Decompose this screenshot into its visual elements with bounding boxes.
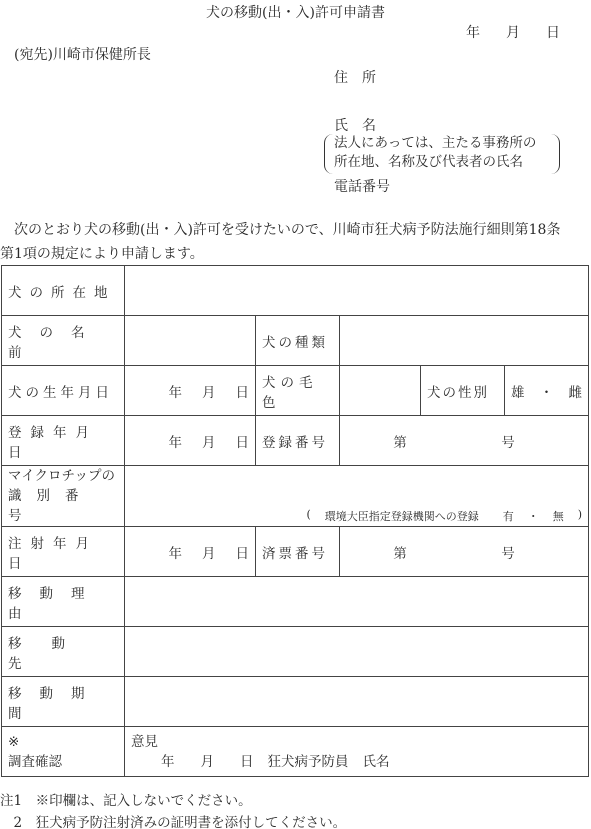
row-move-period: 移動期間 [2,677,589,727]
label-injection-date: 注射年月日 [2,527,125,577]
corporate-note-line2: 所在地、名称及び代表者の氏名 [334,153,536,172]
corporate-note-line1: 法人にあっては、主たる事務所の [334,134,536,153]
label-dog-breed: 犬の種類 [256,316,340,366]
document-title: 犬の移動(出・入)許可申請書 [0,2,591,22]
date-month: 月 [506,22,546,42]
check-mark: ※ [8,732,118,752]
month: 月 [202,542,216,562]
addressee: (宛先)川崎市保健所長 [14,44,151,64]
row-injection: 注射年月日 年月日 済票番号 第号 [2,527,589,577]
field-registration-number[interactable]: 第号 [340,416,589,466]
label-registration-date: 登録年月日 [2,416,125,466]
day: 日 [236,542,250,562]
row-dog-birthdate: 犬の生年月日 年月日 犬の毛色 犬の性別 雄・雌 [2,366,589,416]
row-dog-name: 犬の名前 犬の種類 [2,316,589,366]
note-2: 2 狂犬病予防注射済みの証明書を添付してください。 [0,812,346,829]
dai: 第 [393,542,407,562]
label-move-period: 移動期間 [2,677,125,727]
field-registration-date[interactable]: 年月日 [125,416,256,466]
opinion-label: 意見 [131,732,582,752]
microchip-registration: ( 環境大臣指定登録機関への登録 有 ・ 無 ) [306,508,582,524]
field-dog-location[interactable] [125,266,589,316]
year: 年 [169,381,183,401]
sex-female[interactable]: 雌 [569,381,583,401]
notes: 注1 ※印欄は、記入しないでください。 2 狂犬病予防注射済みの証明書を添付して… [0,790,346,829]
label-registration-number: 登録番号 [256,416,340,466]
month: 月 [202,431,216,451]
field-microchip[interactable]: ( 環境大臣指定登録機関への登録 有 ・ 無 ) [125,466,589,527]
address-label: 住 所 [334,67,376,87]
application-form-table: 犬の所在地 犬の名前 犬の種類 犬の生年月日 年月日 犬の毛色 犬の性別 雄・雌… [1,265,589,777]
field-injection-date[interactable]: 年月日 [125,527,256,577]
corporate-note: 法人にあっては、主たる事務所の 所在地、名称及び代表者の氏名 [334,134,536,172]
month: 月 [201,752,215,772]
intro-line1: 次のとおり犬の移動(出・入)許可を受けたいので、川崎市狂犬病予防法施行細則第18… [0,218,591,242]
field-dog-breed[interactable] [340,316,589,366]
sex-male[interactable]: 雄 [511,381,525,401]
label-dog-coat-color: 犬の毛色 [256,366,340,416]
microchip-reg-yes[interactable]: 有 [503,508,514,524]
field-dog-coat-color[interactable] [340,366,421,416]
label-dog-sex: 犬の性別 [421,366,505,416]
label-microchip: マイクロチップの 識別番号 [2,466,125,527]
microchip-label-line1: マイクロチップの [8,466,118,486]
name-label: 氏 名 [334,115,376,135]
microchip-reg-no[interactable]: 無 [553,508,564,524]
field-move-reason[interactable] [125,577,589,627]
date-year: 年 [466,22,506,42]
row-move-destination: 移動先 [2,627,589,677]
day: 日 [236,431,250,451]
field-move-destination[interactable] [125,627,589,677]
label-certificate-number: 済票番号 [256,527,340,577]
row-registration: 登録年月日 年月日 登録番号 第号 [2,416,589,466]
separator: ・ [528,508,539,524]
label-dog-birthdate: 犬の生年月日 [2,366,125,416]
dai: 第 [393,431,407,451]
phone-label: 電話番号 [334,176,390,196]
paren-close: ) [578,508,582,524]
label-dog-name: 犬の名前 [2,316,125,366]
intro-line2: 第1項の規定により申請します。 [0,242,591,266]
month: 月 [202,381,216,401]
year: 年 [161,752,175,772]
label-move-reason: 移動理由 [2,577,125,627]
label-move-destination: 移動先 [2,627,125,677]
day: 日 [236,381,250,401]
date-day: 日 [546,22,586,42]
day: 日 [240,752,254,772]
row-dog-location: 犬の所在地 [2,266,589,316]
microchip-label-line2: 識別番号 [8,486,118,526]
field-move-period[interactable] [125,677,589,727]
note-1: 注1 ※印欄は、記入しないでください。 [0,790,346,812]
row-inspection: ※ 調査確認 意見 年 月 日 狂犬病予防員 氏名 [2,727,589,777]
field-certificate-number[interactable]: 第号 [340,527,589,577]
label-dog-location: 犬の所在地 [2,266,125,316]
label-inspection: ※ 調査確認 [2,727,125,777]
paren-open: ( [306,508,310,524]
go: 号 [501,431,515,451]
intro-text: 次のとおり犬の移動(出・入)許可を受けたいので、川崎市狂犬病予防法施行細則第18… [0,218,591,266]
field-inspection: 意見 年 月 日 狂犬病予防員 氏名 [125,727,589,777]
inspection-label: 調査確認 [8,752,118,772]
row-move-reason: 移動理由 [2,577,589,627]
row-microchip: マイクロチップの 識別番号 ( 環境大臣指定登録機関への登録 有 ・ 無 ) [2,466,589,527]
sex-separator: ・ [540,381,554,401]
inspector-label: 狂犬病予防員 [268,752,349,772]
year: 年 [169,542,183,562]
field-dog-sex[interactable]: 雄・雌 [505,366,589,416]
go: 号 [501,542,515,562]
application-date: 年月日 [466,22,586,42]
inspector-name-label: 氏名 [363,752,390,772]
field-dog-birthdate[interactable]: 年月日 [125,366,256,416]
year: 年 [169,431,183,451]
field-dog-name[interactable] [125,316,256,366]
microchip-reg-text: 環境大臣指定登録機関への登録 [325,508,479,524]
